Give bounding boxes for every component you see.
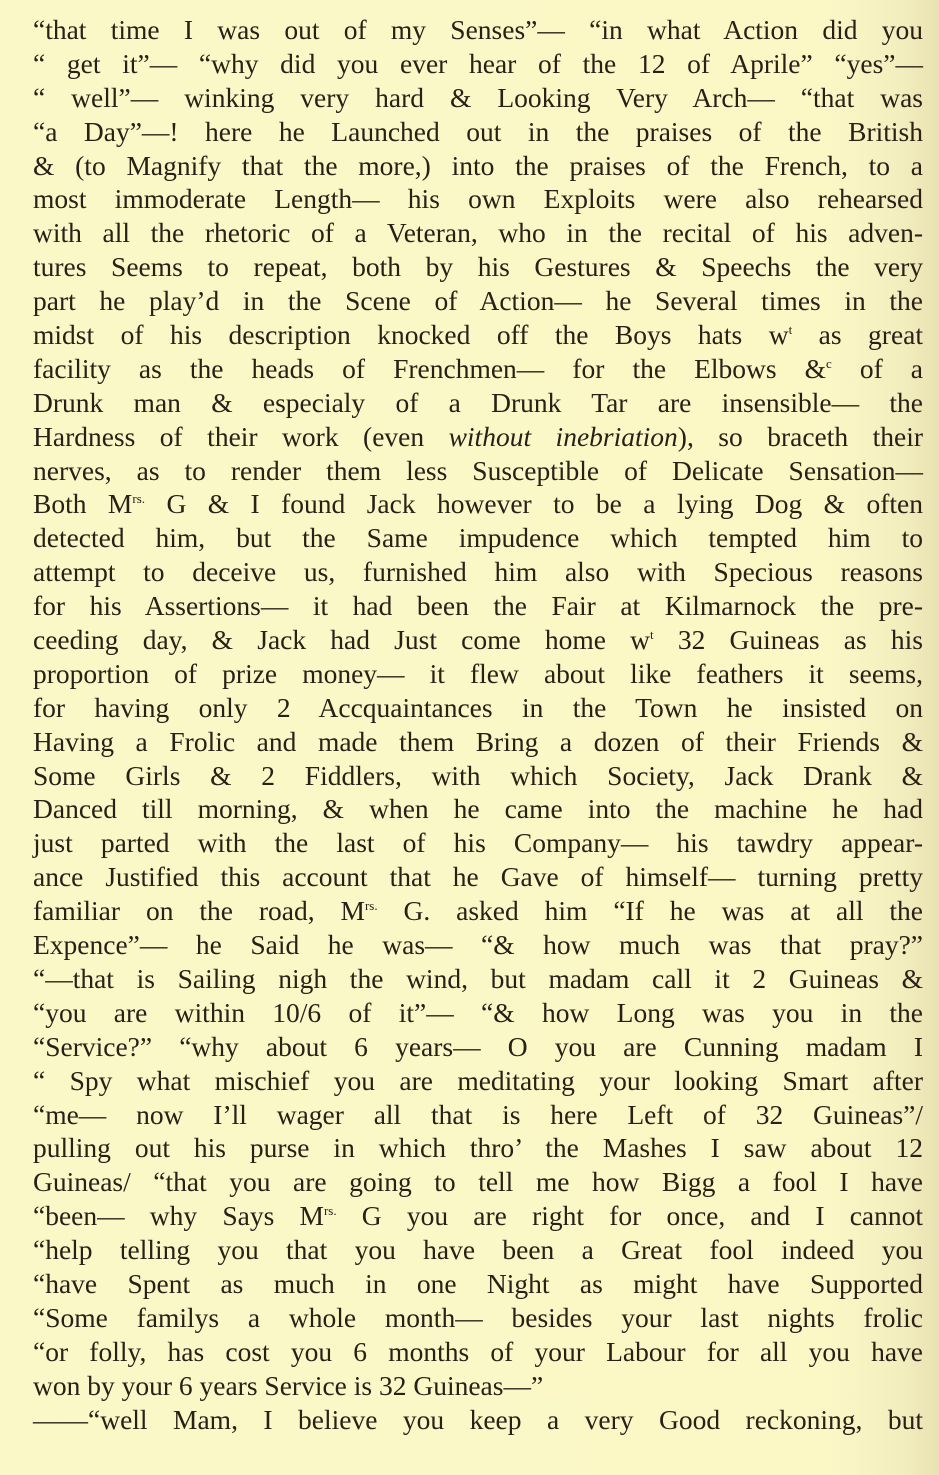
text-line: & (to Magnify that the more,) into the p…: [33, 149, 923, 183]
text-line: proportion of prize money— it flew about…: [33, 657, 923, 691]
text-line: Expence”— he Said he was— “& how much wa…: [33, 928, 923, 962]
text-line: “have Spent as much in one Night as migh…: [33, 1267, 923, 1301]
text-line: Both Mrs. G & I found Jack however to be…: [33, 487, 923, 521]
text-segment: 32 Guineas as his: [654, 624, 923, 655]
text-segment: facility as the heads of Frenchmen— for …: [33, 353, 826, 384]
text-line: familiar on the road, Mrs. G. asked him …: [33, 894, 923, 928]
text-line: pulling out his purse in which thro’ the…: [33, 1131, 923, 1165]
text-line: won by your 6 years Service is 32 Guinea…: [33, 1369, 923, 1403]
text-line: for having only 2 Accquaintances in the …: [33, 691, 923, 725]
text-line: “you are within 10/6 of it”— “& how Long…: [33, 996, 923, 1030]
text-segment: G you are right for once, and I cannot: [337, 1200, 923, 1231]
text-line: “Some familys a whole month— besides you…: [33, 1301, 923, 1335]
text-line: with all the rhetoric of a Veteran, who …: [33, 216, 923, 250]
text-line: “Service?” “why about 6 years— O you are…: [33, 1030, 923, 1064]
text-line: “ well”— winking very hard & Looking Ver…: [33, 81, 923, 115]
text-line: Guineas/ “that you are going to tell me …: [33, 1165, 923, 1199]
text-segment: Hardness of their work (even: [33, 421, 449, 452]
text-segment: “been— why Says M: [33, 1200, 324, 1231]
page-body-text: “that time I was out of my Senses”— “in …: [33, 13, 923, 1436]
text-line: facility as the heads of Frenchmen— for …: [33, 352, 923, 386]
text-segment: ceeding day, & Jack had Just come home w: [33, 624, 650, 655]
text-line: most immoderate Length— his own Exploits…: [33, 182, 923, 216]
text-line: attempt to deceive us, furnished him als…: [33, 555, 923, 589]
text-line: Some Girls & 2 Fiddlers, with which Soci…: [33, 759, 923, 793]
text-line: “a Day”—! here he Launched out in the pr…: [33, 115, 923, 149]
text-line: nerves, as to render them less Susceptib…: [33, 454, 923, 488]
text-line: ——“well Mam, I believe you keep a very G…: [33, 1403, 923, 1437]
text-line: “me— now I’ll wager all that is here Lef…: [33, 1098, 923, 1132]
text-segment: as great: [792, 319, 923, 350]
text-segment: G. asked him “If he was at all the: [378, 895, 923, 926]
superscript-abbreviation: rs.: [324, 1203, 337, 1218]
text-line: “help telling you that you have been a G…: [33, 1233, 923, 1267]
text-segment: familiar on the road, M: [33, 895, 365, 926]
italic-phrase: without inebriation: [449, 421, 678, 452]
text-line: ceeding day, & Jack had Just come home w…: [33, 623, 923, 657]
text-line: “been— why Says Mrs. G you are right for…: [33, 1199, 923, 1233]
text-line: midst of his description knocked off the…: [33, 318, 923, 352]
text-line: part he play’d in the Scene of Action— h…: [33, 284, 923, 318]
text-line: ance Justified this account that he Gave…: [33, 860, 923, 894]
text-line: for his Assertions— it had been the Fair…: [33, 589, 923, 623]
text-segment: G & I found Jack however to be a lying D…: [145, 488, 923, 519]
text-segment: ), so braceth their: [678, 421, 923, 452]
book-page: “that time I was out of my Senses”— “in …: [0, 0, 939, 1475]
text-line: “ Spy what mischief you are meditating y…: [33, 1064, 923, 1098]
text-line: just parted with the last of his Company…: [33, 826, 923, 860]
text-line: Having a Frolic and made them Bring a do…: [33, 725, 923, 759]
text-line: Drunk man & especialy of a Drunk Tar are…: [33, 386, 923, 420]
text-line: Danced till morning, & when he came into…: [33, 792, 923, 826]
text-line: Hardness of their work (even without ine…: [33, 420, 923, 454]
text-line: “that time I was out of my Senses”— “in …: [33, 13, 923, 47]
text-line: “—that is Sailing nigh the wind, but mad…: [33, 962, 923, 996]
text-line: detected him, but the Same impudence whi…: [33, 521, 923, 555]
text-line: tures Seems to repeat, both by his Gestu…: [33, 250, 923, 284]
text-line: “ get it”— “why did you ever hear of the…: [33, 47, 923, 81]
text-segment: of a: [832, 353, 923, 384]
superscript-abbreviation: rs.: [132, 491, 145, 506]
text-segment: midst of his description knocked off the…: [33, 319, 789, 350]
text-line: “or folly, has cost you 6 months of your…: [33, 1335, 923, 1369]
text-segment: Both M: [33, 488, 132, 519]
superscript-abbreviation: rs.: [365, 898, 378, 913]
